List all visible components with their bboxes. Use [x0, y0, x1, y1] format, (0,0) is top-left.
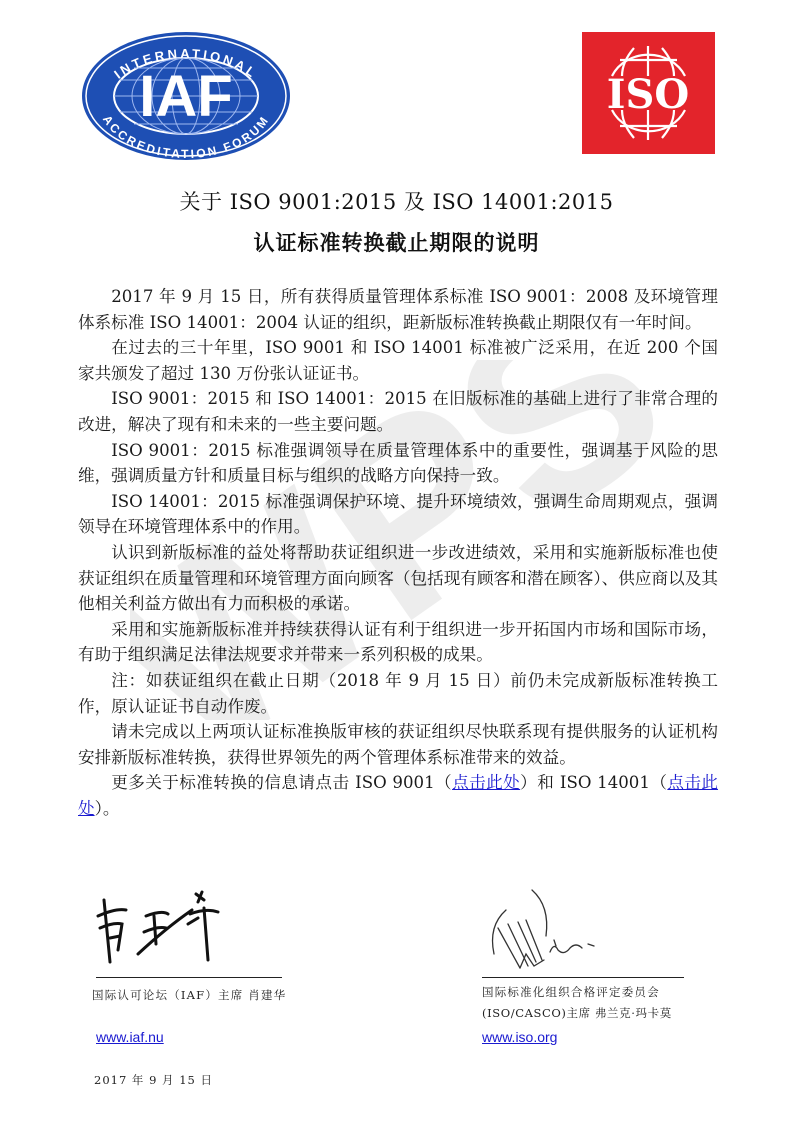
more-info-suffix: ）。: [95, 799, 120, 818]
right-signature-line: [482, 977, 684, 978]
paragraph: 请未完成以上两项认证标准换版审核的获证组织尽快联系现有提供服务的认证机构安排新版…: [78, 719, 718, 770]
iaf-chair-signature: [96, 888, 236, 968]
paragraph: 采用和实施新版标准并持续获得认证有利于组织进一步开拓国内市场和国际市场，有助于组…: [78, 617, 718, 668]
svg-text:IAF: IAF: [139, 64, 232, 129]
iso9001-click-here-link[interactable]: 点击此处: [452, 773, 520, 792]
document-title-line1: 关于 ISO 9001:2015 及 ISO 14001:2015: [0, 186, 793, 216]
document-date: 2017 年 9 月 15 日: [94, 1072, 213, 1088]
document-title-line2: 认证标准转换截止期限的说明: [0, 227, 793, 257]
paragraph-more-info: 更多关于标准转换的信息请点击 ISO 9001（点击此处）和 ISO 14001…: [78, 770, 718, 821]
paragraph: ISO 14001：2015 标准强调保护环境、提升环境绩效，强调生命周期观点，…: [78, 489, 718, 540]
document-body: 2017 年 9 月 15 日，所有获得质量管理体系标准 ISO 9001：20…: [78, 284, 718, 821]
more-info-middle: ）和 ISO 14001（: [520, 773, 667, 792]
paragraph: 在过去的三十年里，ISO 9001 和 ISO 14001 标准被广泛采用，在近…: [78, 335, 718, 386]
paragraph: 2017 年 9 月 15 日，所有获得质量管理体系标准 ISO 9001：20…: [78, 284, 718, 335]
iso-casco-caption-line2: (ISO/CASCO)主席 弗兰克·玛卡莫: [482, 1003, 672, 1023]
svg-text:ISO: ISO: [607, 71, 689, 118]
left-signature-line: [96, 977, 282, 978]
iso-casco-caption-line1: 国际标准化组织合格评定委员会: [482, 982, 660, 1002]
iso-globe-icon: ISO: [582, 32, 715, 154]
iso-logo: ISO: [582, 32, 715, 154]
paragraph: ISO 9001：2015 和 ISO 14001：2015 在旧版标准的基础上…: [78, 386, 718, 437]
iaf-website-link[interactable]: www.iaf.nu: [96, 1029, 164, 1045]
paragraph: ISO 9001：2015 标准强调领导在质量管理体系中的重要性，强调基于风险的…: [78, 438, 718, 489]
iaf-globe-icon: IAF INTERNATIONAL ACCREDITATION FORUM: [80, 30, 292, 162]
paragraph: 认识到新版标准的益处将帮助获证组织进一步改进绩效，采用和实施新版标准也使获证组织…: [78, 540, 718, 617]
iaf-logo: IAF INTERNATIONAL ACCREDITATION FORUM: [80, 30, 292, 162]
more-info-prefix: 更多关于标准转换的信息请点击 ISO 9001（: [111, 773, 452, 792]
iso-casco-chair-signature: [484, 886, 614, 976]
iso-website-link[interactable]: www.iso.org: [482, 1029, 557, 1045]
iaf-chair-caption: 国际认可论坛（IAF）主席 肖建华: [92, 985, 286, 1005]
paragraph: 注：如获证组织在截止日期（2018 年 9 月 15 日）前仍未完成新版标准转换…: [78, 668, 718, 719]
